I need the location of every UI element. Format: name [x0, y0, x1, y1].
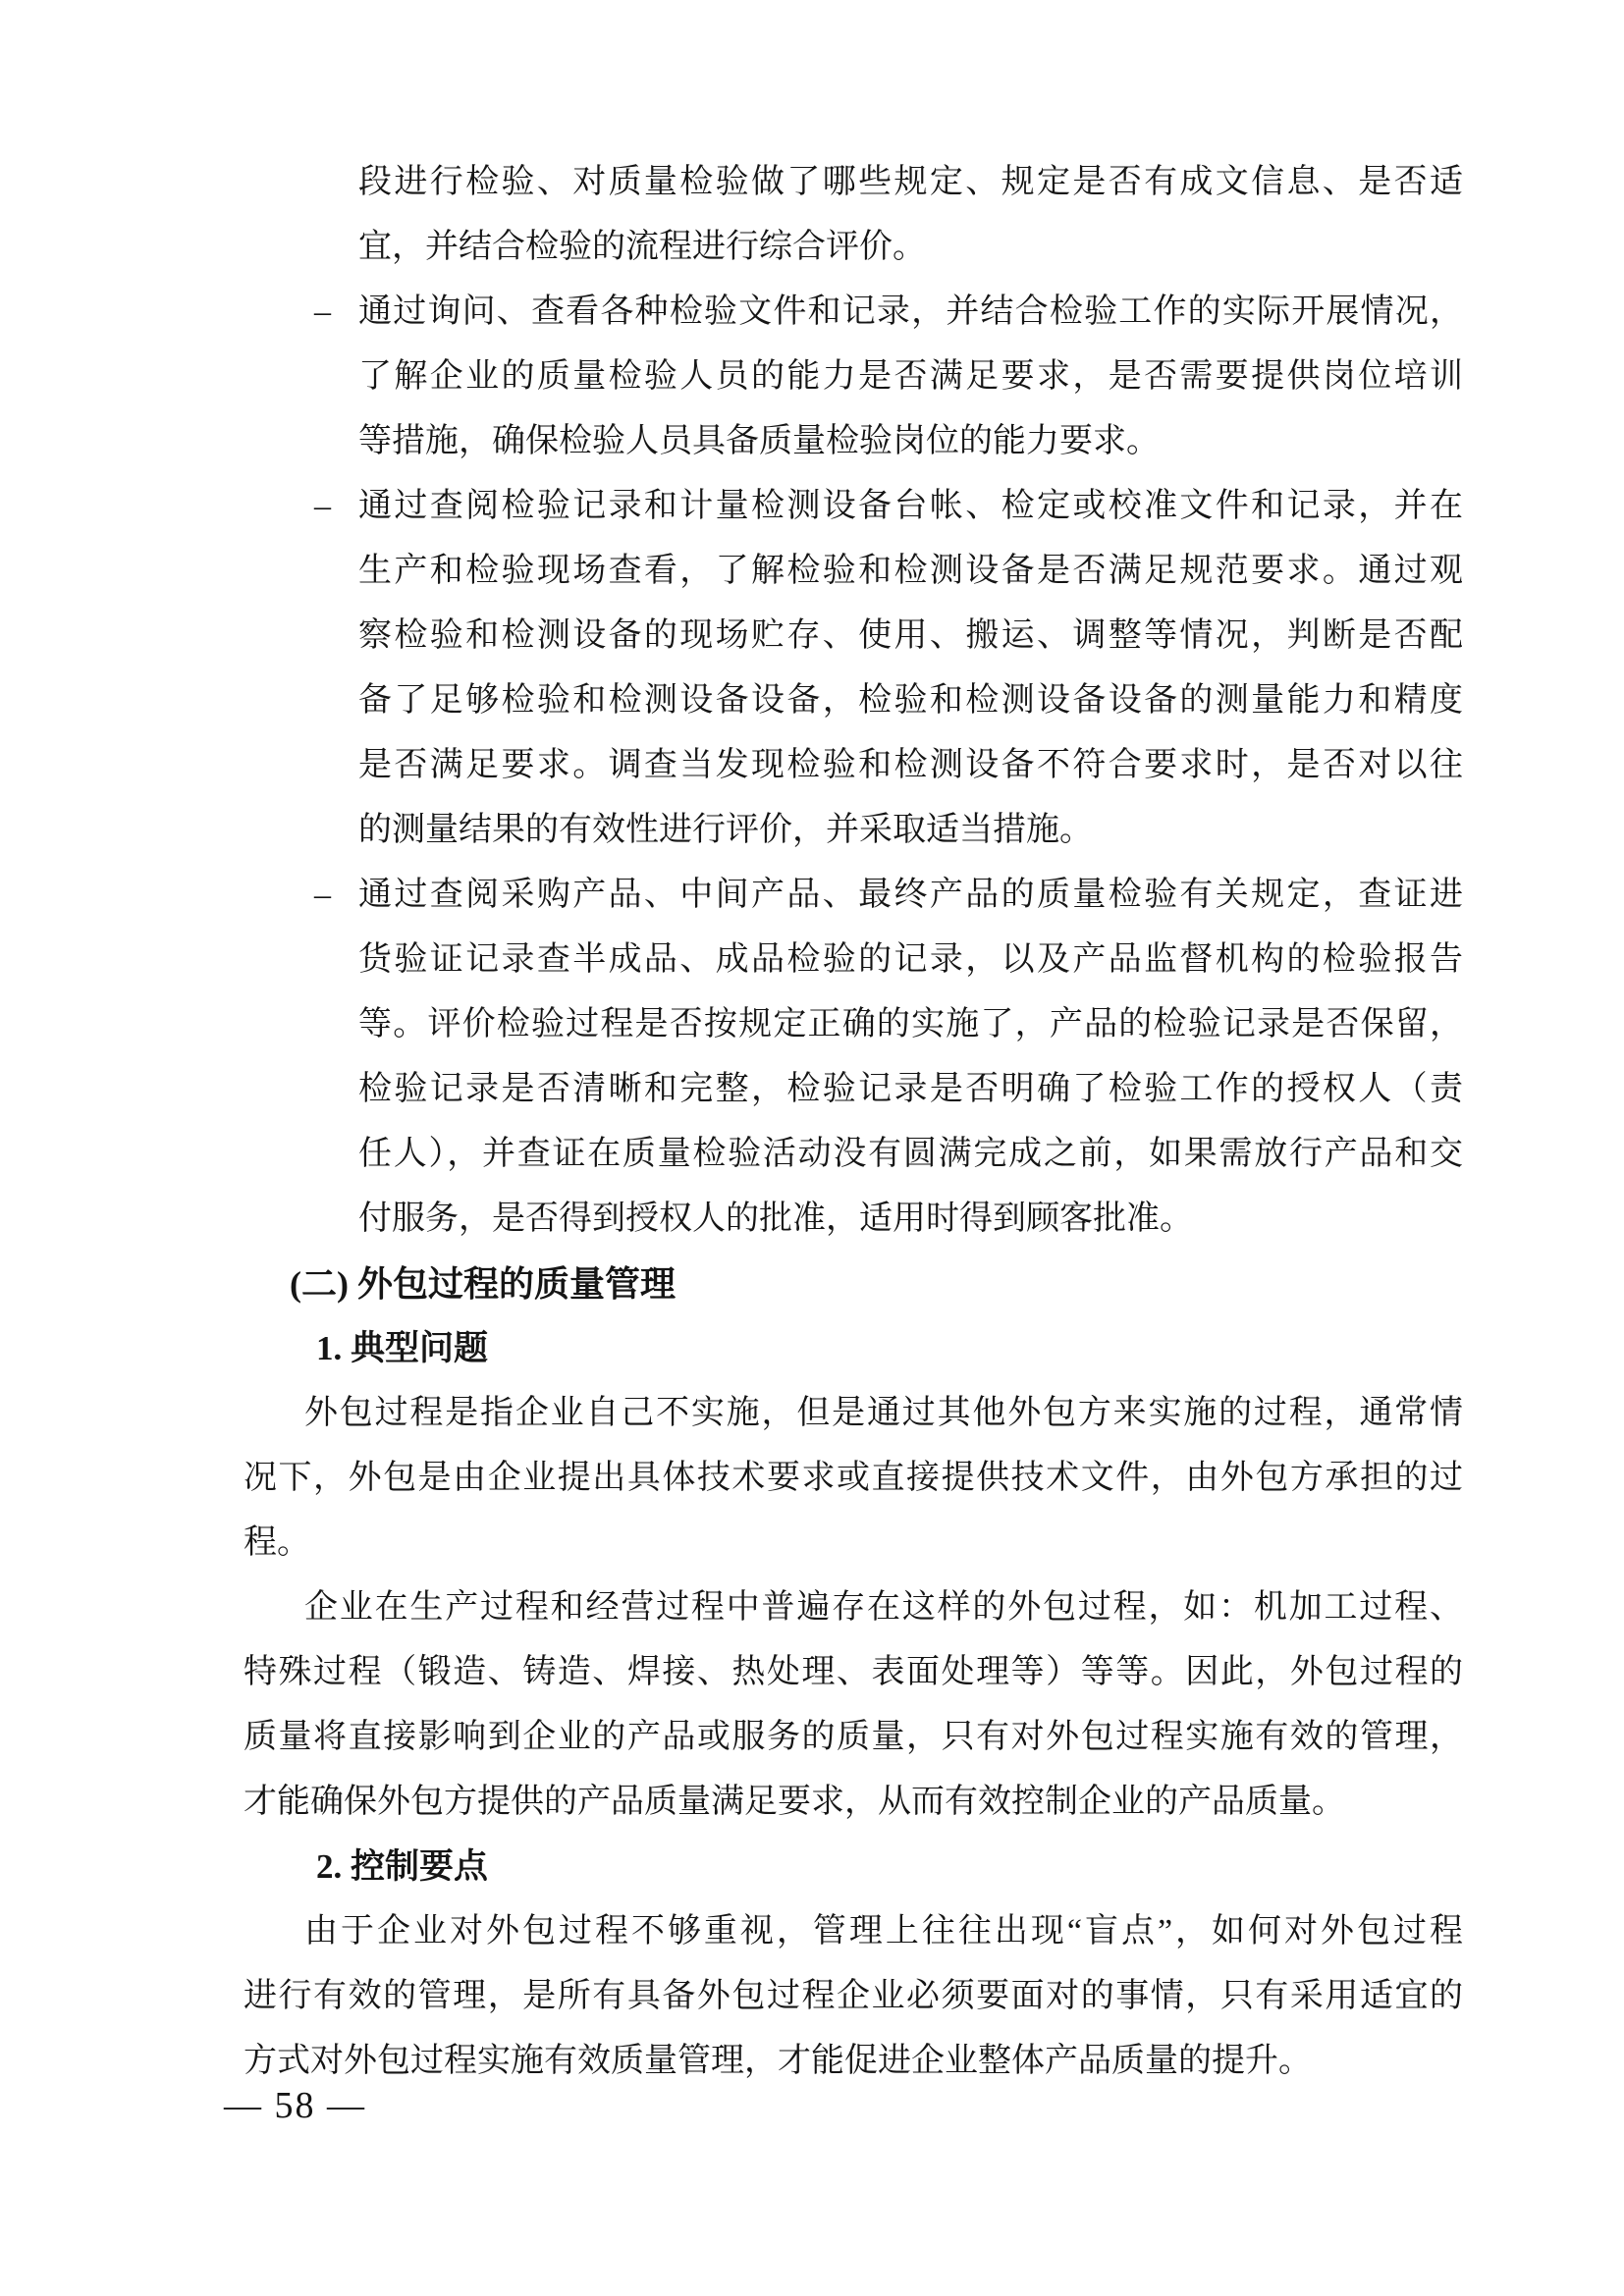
document-content: 段进行检验、对质量检验做了哪些规定、规定是否有成文信息、是否适宜，并结合检验的流… — [244, 150, 1463, 2094]
text-line: 的测量结果的有效性进行评价，并采取适当措施。 — [358, 798, 1463, 863]
text-line: 检验记录是否清晰和完整，检验记录是否明确了检验工作的授权人（责 — [358, 1057, 1463, 1122]
list-dash-marker: – — [314, 280, 331, 345]
list-item: –通过查阅检验记录和计量检测设备台帐、检定或校准文件和记录，并在生产和检验现场查… — [244, 474, 1463, 863]
text-line: 况下，外包是由企业提出具体技术要求或直接提供技术文件，由外包方承担的过 — [244, 1446, 1463, 1511]
text-line: 宜，并结合检验的流程进行综合评价。 — [358, 215, 1463, 280]
list-dash-marker: – — [314, 863, 331, 928]
text-line: 质量将直接影响到企业的产品或服务的质量，只有对外包过程实施有效的管理， — [244, 1705, 1463, 1770]
text-line: 等。评价检验过程是否按规定正确的实施了，产品的检验记录是否保留， — [358, 992, 1463, 1057]
text-line: 备了足够检验和检测设备设备，检验和检测设备设备的测量能力和精度 — [358, 668, 1463, 733]
text-line: 付服务，是否得到授权人的批准，适用时得到顾客批准。 — [358, 1187, 1463, 1252]
text-line: 才能确保外包方提供的产品质量满足要求，从而有效控制企业的产品质量。 — [244, 1770, 1463, 1835]
paragraph: 企业在生产过程和经营过程中普遍存在这样的外包过程，如：机加工过程、特殊过程（锻造… — [244, 1575, 1463, 1835]
subsection-heading: 1. 典型问题 — [244, 1316, 1463, 1381]
section-heading: (二) 外包过程的质量管理 — [244, 1252, 1463, 1316]
text-line: 特殊过程（锻造、铸造、焊接、热处理、表面处理等）等等。因此，外包过程的 — [244, 1640, 1463, 1705]
list-continuation: 段进行检验、对质量检验做了哪些规定、规定是否有成文信息、是否适宜，并结合检验的流… — [244, 150, 1463, 280]
text-line: 段进行检验、对质量检验做了哪些规定、规定是否有成文信息、是否适 — [358, 150, 1463, 215]
text-line: 货验证记录查半成品、成品检验的记录，以及产品监督机构的检验报告 — [358, 928, 1463, 992]
list-item: –通过查阅采购产品、中间产品、最终产品的质量检验有关规定，查证进货验证记录查半成… — [244, 863, 1463, 1252]
text-line: 等措施，确保检验人员具备质量检验岗位的能力要求。 — [358, 409, 1463, 474]
paragraph: 外包过程是指企业自己不实施，但是通过其他外包方来实施的过程，通常情况下，外包是由… — [244, 1381, 1463, 1575]
document-page: 段进行检验、对质量检验做了哪些规定、规定是否有成文信息、是否适宜，并结合检验的流… — [0, 0, 1624, 2296]
text-line: 通过查阅采购产品、中间产品、最终产品的质量检验有关规定，查证进 — [358, 863, 1463, 928]
text-line: 通过询问、查看各种检验文件和记录，并结合检验工作的实际开展情况， — [358, 280, 1463, 345]
text-line: 方式对外包过程实施有效质量管理，才能促进企业整体产品质量的提升。 — [244, 2029, 1463, 2094]
page-number: — 58 — — [224, 2073, 366, 2138]
text-line: 外包过程是指企业自己不实施，但是通过其他外包方来实施的过程，通常情 — [244, 1381, 1463, 1446]
text-line: 进行有效的管理，是所有具备外包过程企业必须要面对的事情，只有采用适宜的 — [244, 1964, 1463, 2029]
text-line: 察检验和检测设备的现场贮存、使用、搬运、调整等情况，判断是否配 — [358, 604, 1463, 668]
text-line: 任人），并查证在质量检验活动没有圆满完成之前，如果需放行产品和交 — [358, 1122, 1463, 1187]
text-line: 由于企业对外包过程不够重视，管理上往往出现“盲点”，如何对外包过程 — [244, 1899, 1463, 1964]
text-line: 程。 — [244, 1511, 1463, 1575]
paragraph: 由于企业对外包过程不够重视，管理上往往出现“盲点”，如何对外包过程进行有效的管理… — [244, 1899, 1463, 2094]
list-dash-marker: – — [314, 474, 331, 539]
text-line: 生产和检验现场查看，了解检验和检测设备是否满足规范要求。通过观 — [358, 539, 1463, 604]
text-line: 了解企业的质量检验人员的能力是否满足要求，是否需要提供岗位培训 — [358, 345, 1463, 409]
subsection-heading: 2. 控制要点 — [244, 1835, 1463, 1899]
list-item: –通过询问、查看各种检验文件和记录，并结合检验工作的实际开展情况，了解企业的质量… — [244, 280, 1463, 474]
text-line: 企业在生产过程和经营过程中普遍存在这样的外包过程，如：机加工过程、 — [244, 1575, 1463, 1640]
text-line: 通过查阅检验记录和计量检测设备台帐、检定或校准文件和记录，并在 — [358, 474, 1463, 539]
text-line: 是否满足要求。调查当发现检验和检测设备不符合要求时，是否对以往 — [358, 733, 1463, 798]
